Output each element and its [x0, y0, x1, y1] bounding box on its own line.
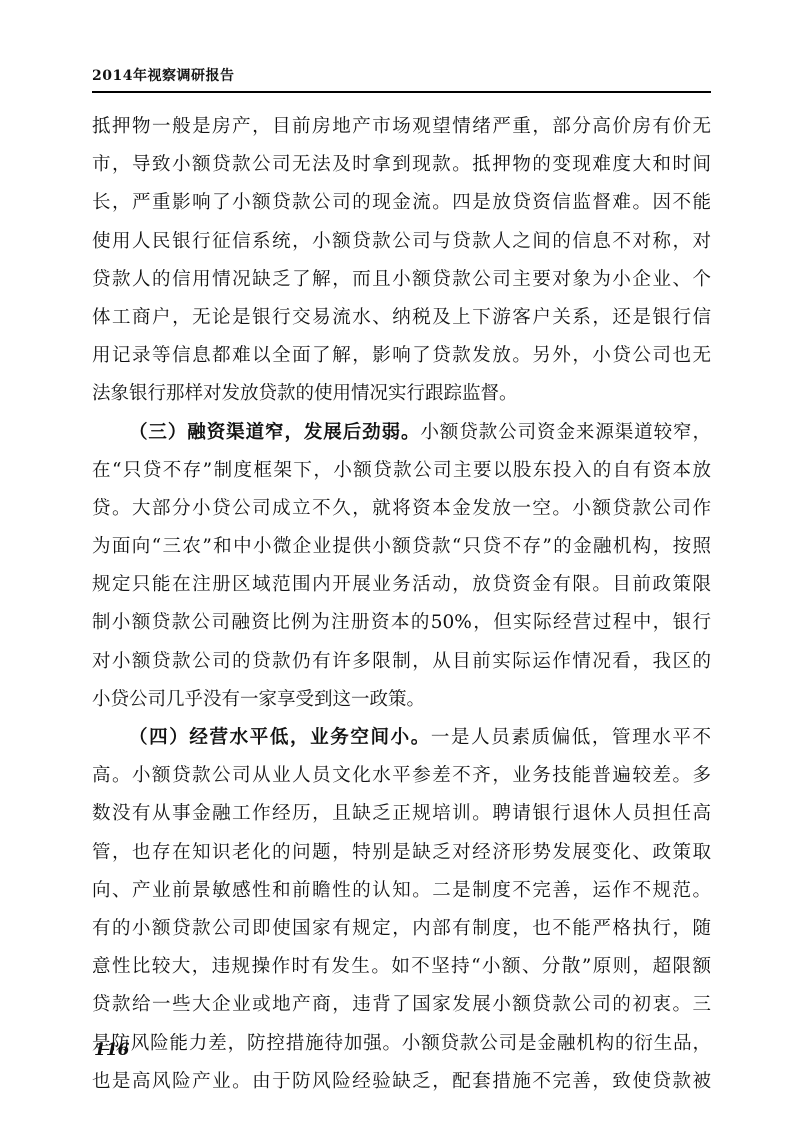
text-line: 有的小额贷款公司即使国家有规定，内部有制度，也不能严格执行，随	[92, 910, 711, 948]
text-line: 向、产业前景敏感性和前瞻性的认知。二是制度不完善，运作不规范。	[92, 872, 711, 910]
section-heading: （四）经营水平低，业务空间小。	[129, 727, 431, 748]
text-line: 长，严重影响了小额贷款公司的现金流。四是放贷资信监督难。因不能	[92, 184, 711, 222]
text-line: 规定只能在注册区域范围内开展业务活动，放贷资金有限。目前政策限	[92, 566, 711, 604]
text-line: 对小额贷款公司的贷款仍有许多限制，从目前实际运作情况看，我区的	[92, 643, 711, 681]
text-line: 高。小额贷款公司从业人员文化水平参差不齐，业务技能普遍较差。多	[92, 757, 711, 795]
page-number: 116	[94, 1040, 130, 1060]
section-heading-line: （四）经营水平低，业务空间小。一是人员素质偏低，管理水平不	[92, 719, 711, 757]
text-line: 使用人民银行征信系统，小额贷款公司与贷款人之间的信息不对称，对	[92, 223, 711, 261]
text-line: 是防风险能力差，防控措施待加强。小额贷款公司是金融机构的衍生品，	[92, 1025, 711, 1063]
text-line: 为面向“三农”和中小微企业提供小额贷款“只贷不存”的金融机构，按照	[92, 528, 711, 566]
text-line: 制小额贷款公司融资比例为注册资本的50%，但实际经营过程中，银行	[92, 604, 711, 642]
text-line: 意性比较大，违规操作时有发生。如不坚持“小额、分散”原则，超限额	[92, 948, 711, 986]
text-line: 贷款给一些大企业或地产商，违背了国家发展小额贷款公司的初衷。三	[92, 986, 711, 1024]
text-line: 抵押物一般是房产，目前房地产市场观望情绪严重，部分高价房有价无	[92, 108, 711, 146]
text-line: 用记录等信息都难以全面了解，影响了贷款发放。另外，小贷公司也无	[92, 337, 711, 375]
text-line: 法象银行那样对发放贷款的使用情况实行跟踪监督。	[92, 375, 711, 413]
text-line: 小贷公司几乎没有一家享受到这一政策。	[92, 681, 711, 719]
body-text: 抵押物一般是房产，目前房地产市场观望情绪严重，部分高价房有价无 市，导致小额贷款…	[92, 108, 711, 1101]
header-rule	[92, 91, 711, 93]
text-line: 数没有从事金融工作经历，且缺乏正规培训。聘请银行退休人员担任高	[92, 795, 711, 833]
section-heading-line: （三）融资渠道窄，发展后劲弱。小额贷款公司资金来源渠道较窄，	[92, 414, 711, 452]
section-text: 小额贷款公司资金来源渠道较窄，	[420, 422, 711, 443]
running-head: 2014年视察调研报告	[92, 66, 711, 86]
text-line: 贷款人的信用情况缺乏了解，而且小额贷款公司主要对象为小企业、个	[92, 261, 711, 299]
text-line: 贷。大部分小贷公司成立不久，就将资本金发放一空。小额贷款公司作	[92, 490, 711, 528]
section-heading: （三）融资渠道窄，发展后劲弱。	[129, 422, 420, 443]
text-line: 也是高风险产业。由于防风险经验缺乏，配套措施不完善，致使贷款被	[92, 1063, 711, 1101]
text-line: 市，导致小额贷款公司无法及时拿到现款。抵押物的变现难度大和时间	[92, 146, 711, 184]
text-line: 在“只贷不存”制度框架下，小额贷款公司主要以股东投入的自有资本放	[92, 452, 711, 490]
section-text: 一是人员素质偏低，管理水平不	[431, 727, 711, 748]
text-line: 管，也存在知识老化的问题，特别是缺乏对经济形势发展变化、政策取	[92, 834, 711, 872]
text-line: 体工商户，无论是银行交易流水、纳税及上下游客户关系，还是银行信	[92, 299, 711, 337]
